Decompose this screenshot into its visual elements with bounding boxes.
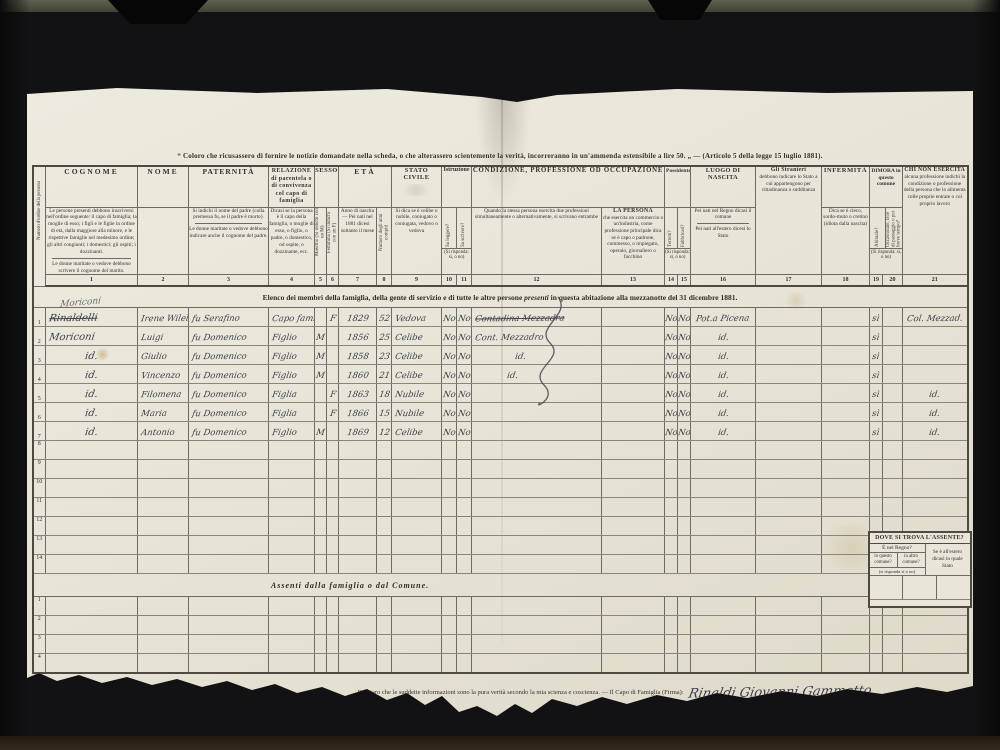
cell-sesso-m: M xyxy=(315,346,327,365)
cell-occasionale xyxy=(883,403,903,422)
col-stranieri-header: Gli Stranieri debbono indicare lo Stato … xyxy=(756,166,822,275)
cell-abituale: sì xyxy=(870,384,883,403)
cell-stranieri xyxy=(756,403,822,422)
cell-legge: No xyxy=(442,327,457,346)
cell-anno: 1856 xyxy=(339,327,377,346)
person-row: 2 Moriconi Luigi fu Domenico Figlio M 18… xyxy=(33,327,968,346)
cell-condizione: id. xyxy=(472,346,602,365)
cell-chinon xyxy=(903,327,968,346)
cell-anno: 1863 xyxy=(339,384,377,403)
empty-row: 4 xyxy=(33,654,968,673)
cell-anno: 1829 xyxy=(339,308,377,327)
backdrop-shade-left xyxy=(0,0,30,750)
cell-occasionale xyxy=(883,327,903,346)
cell-stato: Vedova xyxy=(392,308,442,327)
dove-altro-comune: in altro comune? xyxy=(898,553,925,567)
cell-sesso-m: M xyxy=(315,365,327,384)
cell-stato: Celibe xyxy=(392,327,442,346)
dove-note: (si risponda sì o no) xyxy=(870,567,925,575)
cell-chinon: Col. Mezzad. xyxy=(903,308,968,327)
dove-si-trova-box: DOVE SI TROVA L'ASSENTE? È nel Regno? in… xyxy=(868,531,972,608)
possidente-note: (Si risponda: sì, o no) xyxy=(665,248,690,262)
census-table-wrap: Numero d'ordine della persona COGNOME NO… xyxy=(32,165,969,674)
cell-condizione xyxy=(472,422,602,441)
cell-paternita: fu Domenico xyxy=(189,365,269,384)
cell-persona xyxy=(602,384,665,403)
cell-stato: Nubile xyxy=(392,384,442,403)
col-chinon-desc: alcuna professione indichi la condizione… xyxy=(903,174,967,207)
cell-sesso-f: F xyxy=(327,403,339,422)
empty-row: 9 xyxy=(33,460,968,479)
col-paternita-title: PATERNITÀ xyxy=(189,166,269,207)
cell-fabbricati: No xyxy=(678,327,691,346)
cell-stato: Celibe xyxy=(392,422,442,441)
dove-box-title: DOVE SI TROVA L'ASSENTE? xyxy=(870,533,970,544)
cell-terreni: No xyxy=(665,365,678,384)
person-row: 6 id. Maria fu Domenico Figlia F 1866 15… xyxy=(33,403,968,422)
col-fabbricati: Fabbricati? xyxy=(678,208,690,248)
col-nome-title: NOME xyxy=(138,166,189,207)
cell-terreni: No xyxy=(665,308,678,327)
dove-estero: Se è all'estero dicasi in quale Stato xyxy=(926,544,970,575)
cell-nome: Luigi xyxy=(138,327,189,346)
cell-luogo: id. xyxy=(691,365,756,384)
cell-infermita xyxy=(822,346,870,365)
cell-legge: No xyxy=(442,365,457,384)
col-stranieri-desc: debbono indicare lo Stato a cui apparten… xyxy=(756,174,821,194)
census-sheet-paper: “ Coloro che ricusassero di fornire le n… xyxy=(27,84,973,718)
declaration-line: Dichiaro che le suddette informazioni so… xyxy=(33,683,968,698)
cell-terreni: No xyxy=(665,403,678,422)
col-eta-title: ETÀ xyxy=(339,166,392,207)
cell-infermita xyxy=(822,308,870,327)
cell-terreni: No xyxy=(665,422,678,441)
col-anno-sub: Anno di nascita — Pei nati nel 1881 dice… xyxy=(339,207,377,275)
cell-condizione xyxy=(472,384,602,403)
folder-notch-left xyxy=(108,0,208,24)
col-sesso-title: SESSO xyxy=(315,166,339,207)
col-occasionale: Occasionale, cioè di passaggio o per bre… xyxy=(886,208,902,248)
cell-abituale: sì xyxy=(870,403,883,422)
cell-condizione: Cont. Mezzadro xyxy=(472,327,602,346)
cell-paternita: fu Domenico xyxy=(189,384,269,403)
cell-abituale: sì xyxy=(870,365,883,384)
col-dimora-sub: Abituale? Occasionale, cioè di passaggio… xyxy=(870,207,903,275)
cell-infermita xyxy=(822,327,870,346)
cell-stato: Celibe xyxy=(392,346,442,365)
col-stato-desc: Si dica se è celibe o nubile, coniugato … xyxy=(392,207,442,275)
col-numero-header: Numero d'ordine della persona xyxy=(33,166,46,286)
column-numbers-row: 1 2 3 4 5 6 7 8 9 10 11 12 13 14 xyxy=(33,275,968,287)
col-stranieri-title: Gli Stranieri xyxy=(756,167,821,174)
col-infermita-desc: Dica se è cieco, sordo-muto o cretino (i… xyxy=(822,207,870,275)
cell-sesso-f: F xyxy=(327,308,339,327)
col-nome-desc xyxy=(138,207,189,275)
cell-persona xyxy=(602,346,665,365)
col-sa-scrivere: Sa scrivere? xyxy=(457,208,471,248)
cell-stranieri xyxy=(756,422,822,441)
cell-paternita: fu Domenico xyxy=(189,327,269,346)
col-femmina-sub: Femmina (Si indichi con un F) xyxy=(327,207,339,275)
cell-sesso-m: M xyxy=(315,327,327,346)
cell-relazione: Figlia xyxy=(269,403,315,422)
cell-nome: Irene Wilelma xyxy=(138,308,189,327)
col-sa-leggere: Sa leggere? xyxy=(442,208,457,248)
cell-anno: 1858 xyxy=(339,346,377,365)
cell-legge: No xyxy=(442,308,457,327)
cell-luogo: id. xyxy=(691,403,756,422)
assenti-heading: Assenti dalla famiglia o dal Comune. xyxy=(33,574,968,597)
folder-notch-right xyxy=(648,0,712,20)
col-maschio-sub: Maschio (Si indichi con un M) xyxy=(315,207,327,275)
cell-persona xyxy=(602,327,665,346)
cell-abituale: sì xyxy=(870,327,883,346)
col-paternita-desc: Si indichi il nome del padre (colla prem… xyxy=(189,207,269,275)
cell-paternita: fu Serafino xyxy=(189,308,269,327)
cell-scrive: No xyxy=(457,327,472,346)
cell-anno: 1866 xyxy=(339,403,377,422)
col-infermita-title: INFERMITÀ xyxy=(822,166,870,207)
cell-chinon: id. xyxy=(903,403,968,422)
cell-anni: 21 xyxy=(377,365,392,384)
cell-occasionale xyxy=(883,308,903,327)
col-terreni: Terreni? xyxy=(665,208,678,248)
cell-chinon xyxy=(903,346,968,365)
cell-sesso-m: M xyxy=(315,422,327,441)
elenco-heading-row: Elenco dei membri della famiglia, della … xyxy=(33,286,968,308)
cell-sesso-m xyxy=(315,308,327,327)
col-condizione-title: CONDIZIONE, PROFESSIONE OD OCCUPAZIONE xyxy=(472,166,665,207)
col-possidente-title: Possidente xyxy=(665,166,691,207)
cell-fabbricati: No xyxy=(678,422,691,441)
cell-relazione: Capo famiglia xyxy=(269,308,315,327)
cell-anno: 1869 xyxy=(339,422,377,441)
cell-cognome: id. xyxy=(46,403,138,422)
cell-terreni: No xyxy=(665,384,678,403)
cell-persona xyxy=(602,308,665,327)
cell-fabbricati: No xyxy=(678,384,691,403)
cell-persona xyxy=(602,403,665,422)
cell-cognome: id. xyxy=(46,422,138,441)
cell-condizione xyxy=(472,403,602,422)
col-cognome-desc: Le persone presenti debbono inscriversi … xyxy=(46,207,138,275)
cell-persona xyxy=(602,365,665,384)
cell-cognome: Moriconi xyxy=(46,327,138,346)
cell-scrive: No xyxy=(457,308,472,327)
col-luogo-title: LUOGO DI NASCITA xyxy=(691,166,756,207)
col-possidente-sub: Terreni? Fabbricati? (Si risponda: sì, o… xyxy=(665,207,691,275)
cell-occasionale xyxy=(883,422,903,441)
col-istruzione-title: Istruzione xyxy=(442,166,472,207)
cell-infermita xyxy=(822,422,870,441)
col-anni-sub: Numero degli anni compiti xyxy=(377,207,392,275)
empty-row: 2 xyxy=(33,616,968,635)
istruzione-note: (Si risponda: sì, o no) xyxy=(442,248,471,262)
cell-chinon xyxy=(903,365,968,384)
cell-paternita: fu Domenico xyxy=(189,403,269,422)
empty-row: 1 xyxy=(33,597,968,616)
cell-sesso-m xyxy=(315,384,327,403)
cell-nome: Vincenzo xyxy=(138,365,189,384)
census-table: Numero d'ordine della persona COGNOME NO… xyxy=(32,165,969,674)
overwritten-surname: Moriconi xyxy=(59,297,101,311)
cell-scrive: No xyxy=(457,346,472,365)
cell-legge: No xyxy=(442,403,457,422)
cell-cognome: id. xyxy=(46,346,138,365)
cell-cognome: MoriconiRinaldelli xyxy=(46,308,138,327)
cell-stranieri xyxy=(756,346,822,365)
col-luogo-desc: Pei nati nel Regno dicasi il comune Pei … xyxy=(691,207,756,275)
cell-anni: 18 xyxy=(377,384,392,403)
cell-sesso-m xyxy=(315,403,327,422)
cell-scrive: No xyxy=(457,422,472,441)
cell-fabbricati: No xyxy=(678,308,691,327)
cell-anni: 12 xyxy=(377,422,392,441)
col-persona-desc: LA PERSONA che esercita un commercio o u… xyxy=(602,207,665,275)
cell-stranieri xyxy=(756,365,822,384)
col-stato-title: STATO CIVILE xyxy=(392,166,442,207)
cell-occasionale xyxy=(883,384,903,403)
cell-stranieri xyxy=(756,384,822,403)
cell-abituale: sì xyxy=(870,422,883,441)
cell-anni: 25 xyxy=(377,327,392,346)
col-cognome-title: COGNOME xyxy=(46,166,138,207)
cell-luogo: Pot.a Picena xyxy=(691,308,756,327)
cell-paternita: fu Domenico xyxy=(189,346,269,365)
dove-regno-section: È nel Regno? in questo comune? in altro … xyxy=(870,544,926,575)
cell-occasionale xyxy=(883,365,903,384)
cell-anni: 52 xyxy=(377,308,392,327)
empty-row: 10 xyxy=(33,479,968,498)
empty-row: 14 xyxy=(33,555,968,574)
assenti-rows: 1234 xyxy=(33,597,968,673)
col-relazione-title: RELAZIONE di parentela o di convivenza c… xyxy=(269,166,315,207)
assenti-heading-row: Assenti dalla famiglia o dal Comune. xyxy=(33,574,968,597)
dove-questo-comune: in questo comune? xyxy=(870,553,898,567)
col-chinon-header: CHI NON ESERCITA alcuna professione indi… xyxy=(903,166,968,275)
cell-relazione: Figlio xyxy=(269,365,315,384)
cell-terreni: No xyxy=(665,327,678,346)
cell-condizione: id. xyxy=(472,365,602,384)
cell-abituale: sì xyxy=(870,346,883,365)
cell-cognome: id. xyxy=(46,384,138,403)
cell-infermita xyxy=(822,365,870,384)
cell-stato: Celibe xyxy=(392,365,442,384)
cell-sesso-f xyxy=(327,365,339,384)
cell-infermita xyxy=(822,384,870,403)
cell-anno: 1860 xyxy=(339,365,377,384)
cell-legge: No xyxy=(442,422,457,441)
col-condizione-desc: Quando la stessa persona esercita due pr… xyxy=(472,207,602,275)
cell-chinon: id. xyxy=(903,384,968,403)
col-istruzione-sub: Sa leggere? Sa scrivere? (Si risponda: s… xyxy=(442,207,472,275)
backdrop-shade-right xyxy=(972,0,1000,750)
cell-scrive: No xyxy=(457,403,472,422)
person-row: 4 id. Vincenzo fu Domenico Figlio M 1860… xyxy=(33,365,968,384)
cell-abituale: sì xyxy=(870,308,883,327)
cell-scrive: No xyxy=(457,365,472,384)
cell-luogo: id. xyxy=(691,327,756,346)
cell-sesso-f: F xyxy=(327,384,339,403)
cell-sesso-f xyxy=(327,346,339,365)
cell-stranieri xyxy=(756,308,822,327)
cell-luogo: id. xyxy=(691,384,756,403)
cell-luogo: id. xyxy=(691,422,756,441)
cell-condizione: Contadina Mezzadra xyxy=(472,308,602,327)
cell-relazione: Figlio xyxy=(269,422,315,441)
col-relazione-desc: Dicasi se la persona è il capo della fam… xyxy=(269,207,315,275)
col-dimora-title: DIMORA in questo comune xyxy=(870,166,903,207)
col-abituale: Abituale? xyxy=(870,208,886,248)
cell-scrive: No xyxy=(457,384,472,403)
cell-stato: Nubile xyxy=(392,403,442,422)
cell-infermita xyxy=(822,403,870,422)
empty-row: 3 xyxy=(33,635,968,654)
cell-relazione: Figlia xyxy=(269,384,315,403)
person-row: 7 id. Antonio fu Domenico Figlio M 1869 … xyxy=(33,422,968,441)
cell-fabbricati: No xyxy=(678,346,691,365)
person-row: 3 id. Giulio fu Domenico Figlio M 1858 2… xyxy=(33,346,968,365)
cell-occasionale xyxy=(883,346,903,365)
cell-anni: 23 xyxy=(377,346,392,365)
cell-sesso-f xyxy=(327,422,339,441)
cell-anni: 15 xyxy=(377,403,392,422)
dove-empty-rows xyxy=(870,575,970,606)
declaration-text: Dichiaro che le suddette informazioni so… xyxy=(358,689,684,696)
head-of-family-signature: Rinaldi Giovanni Gammetto xyxy=(687,683,873,701)
cell-legge: No xyxy=(442,346,457,365)
empty-row: 11 xyxy=(33,498,968,517)
empty-row: 12 xyxy=(33,517,968,536)
legal-notice: “ Coloro che ricusassero di fornire le n… xyxy=(50,152,950,160)
cell-fabbricati: No xyxy=(678,403,691,422)
person-row: 5 id. Filomena fu Domenico Figlia F 1863… xyxy=(33,384,968,403)
cell-nome: Giulio xyxy=(138,346,189,365)
person-row: 1 MoriconiRinaldelli Irene Wilelma fu Se… xyxy=(33,308,968,327)
cell-relazione: Figlio xyxy=(269,327,315,346)
screenshot-root: { "notice": "“ Coloro che ricusassero di… xyxy=(0,0,1000,750)
cell-terreni: No xyxy=(665,346,678,365)
cell-stranieri xyxy=(756,327,822,346)
cell-luogo: id. xyxy=(691,346,756,365)
cell-legge: No xyxy=(442,384,457,403)
empty-present-rows: 891011121314 xyxy=(33,441,968,574)
cell-relazione: Figlio xyxy=(269,346,315,365)
dimora-note: (Si risponda: sì, o no) xyxy=(870,248,902,262)
cell-nome: Antonio xyxy=(138,422,189,441)
cell-sesso-f xyxy=(327,327,339,346)
cell-nome: Maria xyxy=(138,403,189,422)
cell-paternita: fu Domenico xyxy=(189,422,269,441)
cell-chinon: id. xyxy=(903,422,968,441)
cell-fabbricati: No xyxy=(678,365,691,384)
cell-nome: Filomena xyxy=(138,384,189,403)
cell-persona xyxy=(602,422,665,441)
cell-cognome: id. xyxy=(46,365,138,384)
empty-row: 13 xyxy=(33,536,968,555)
backdrop-bottom-strip xyxy=(0,736,1000,750)
empty-row: 8 xyxy=(33,441,968,460)
